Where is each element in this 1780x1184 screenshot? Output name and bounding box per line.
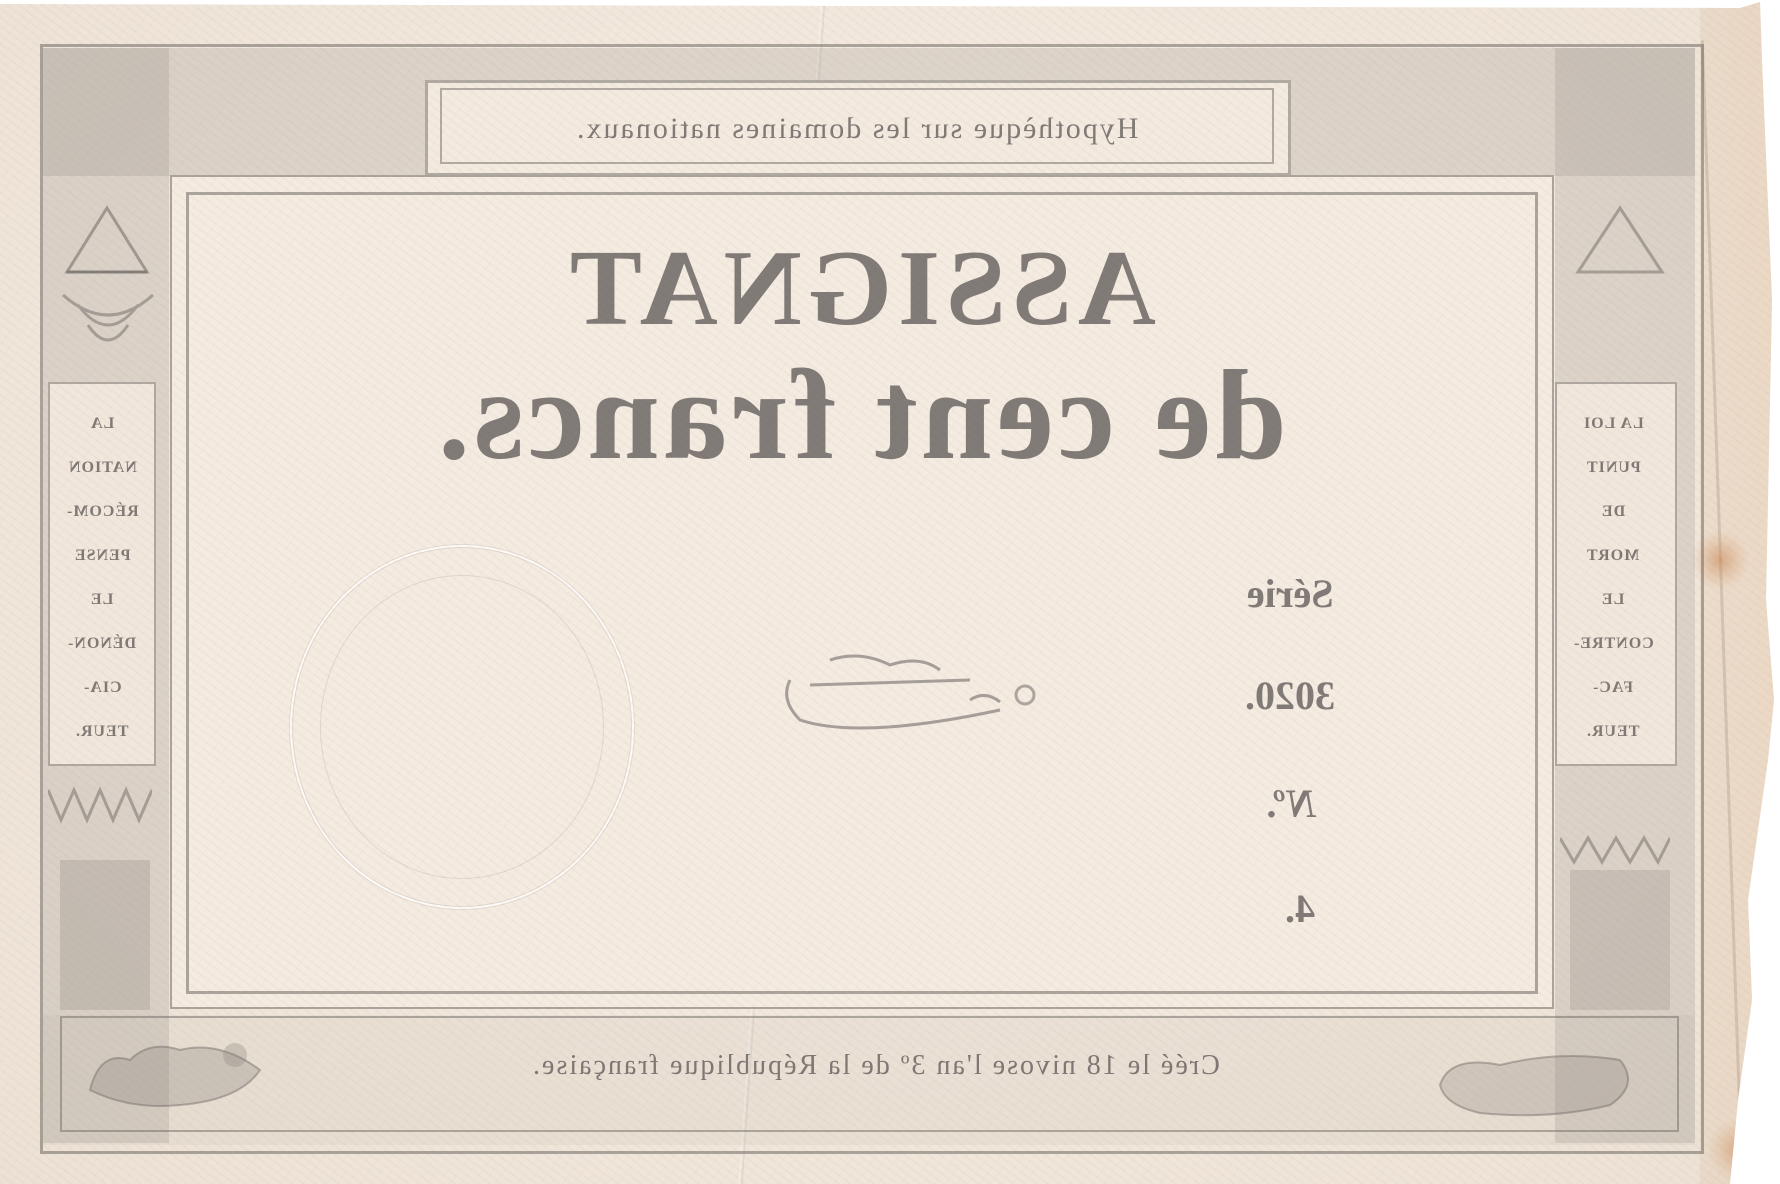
foxing-stain <box>320 795 356 831</box>
rooster-vignette-icon <box>60 1020 280 1120</box>
right-fold-crease <box>1701 40 1742 1139</box>
triangle-emblem-icon <box>1570 200 1670 280</box>
torn-right-edge <box>1700 0 1780 1184</box>
drapery-ornament-icon <box>58 285 158 365</box>
serie-number: 3020. <box>1230 672 1350 719</box>
foxing-stain <box>1045 335 1079 373</box>
right-column-text: LA LOI PUNIT DE MORT LE CONTRE- FAC- TEU… <box>1563 402 1663 754</box>
number-value: 4. <box>1270 885 1330 932</box>
right-column-band <box>1555 48 1695 1143</box>
top-legend: Hypothèque sur les domaines nationaux. <box>452 95 1262 163</box>
central-panel-outer <box>170 175 1554 1009</box>
embossed-seal <box>290 545 634 909</box>
top-ornament-band <box>43 48 1695 176</box>
bottom-ornament-band <box>43 1015 1695 1145</box>
left-column-panel <box>48 382 156 766</box>
top-legend-text: Hypothèque sur les domaines nationaux. <box>575 112 1138 146</box>
bottom-legend-frame <box>60 1016 1679 1132</box>
foxing-stain <box>590 600 640 650</box>
bottom-legend: Créé le 18 nivose l'an 3º de la Républiq… <box>300 1050 1450 1082</box>
top-legend-cartouche <box>425 80 1291 176</box>
vertical-fold-crease <box>739 0 826 1184</box>
bottom-legend-text: Créé le 18 nivose l'an 3º de la Républiq… <box>531 1050 1220 1082</box>
embossed-seal-inner-ring <box>320 575 604 879</box>
left-column-band <box>43 48 169 1143</box>
serie-label: Série <box>1230 570 1350 617</box>
banknote-paper: Hypothèque sur les domaines nationaux. <box>0 0 1780 1184</box>
top-legend-inner-frame <box>440 88 1274 164</box>
foxing-stain <box>745 505 769 529</box>
denomination-title: ASSIGNAT de cent francs. <box>180 235 1540 479</box>
foxing-stain <box>745 340 785 390</box>
left-column-text: LA NATION RÉCOM- PENSE LE DÉNON- CIA- TE… <box>52 402 152 754</box>
triangle-emblem-icon <box>62 200 152 280</box>
right-fasces-column <box>1570 870 1670 1010</box>
zigzag-ornament-icon <box>48 780 152 840</box>
zigzag-ornament-icon <box>1560 830 1670 870</box>
foxing-stain <box>1705 1120 1775 1180</box>
outer-border <box>40 44 1704 1154</box>
foxing-stain <box>1690 530 1750 590</box>
lion-vignette-icon <box>1420 1025 1650 1125</box>
left-fasces-column <box>60 860 150 1010</box>
signature-mark <box>770 640 1040 740</box>
title-assignat: ASSIGNAT <box>564 235 1156 343</box>
title-denomination: de cent francs. <box>434 351 1287 479</box>
right-column-panel <box>1555 382 1677 766</box>
number-label: Nº. <box>1230 780 1350 827</box>
central-panel-inner <box>186 192 1538 994</box>
